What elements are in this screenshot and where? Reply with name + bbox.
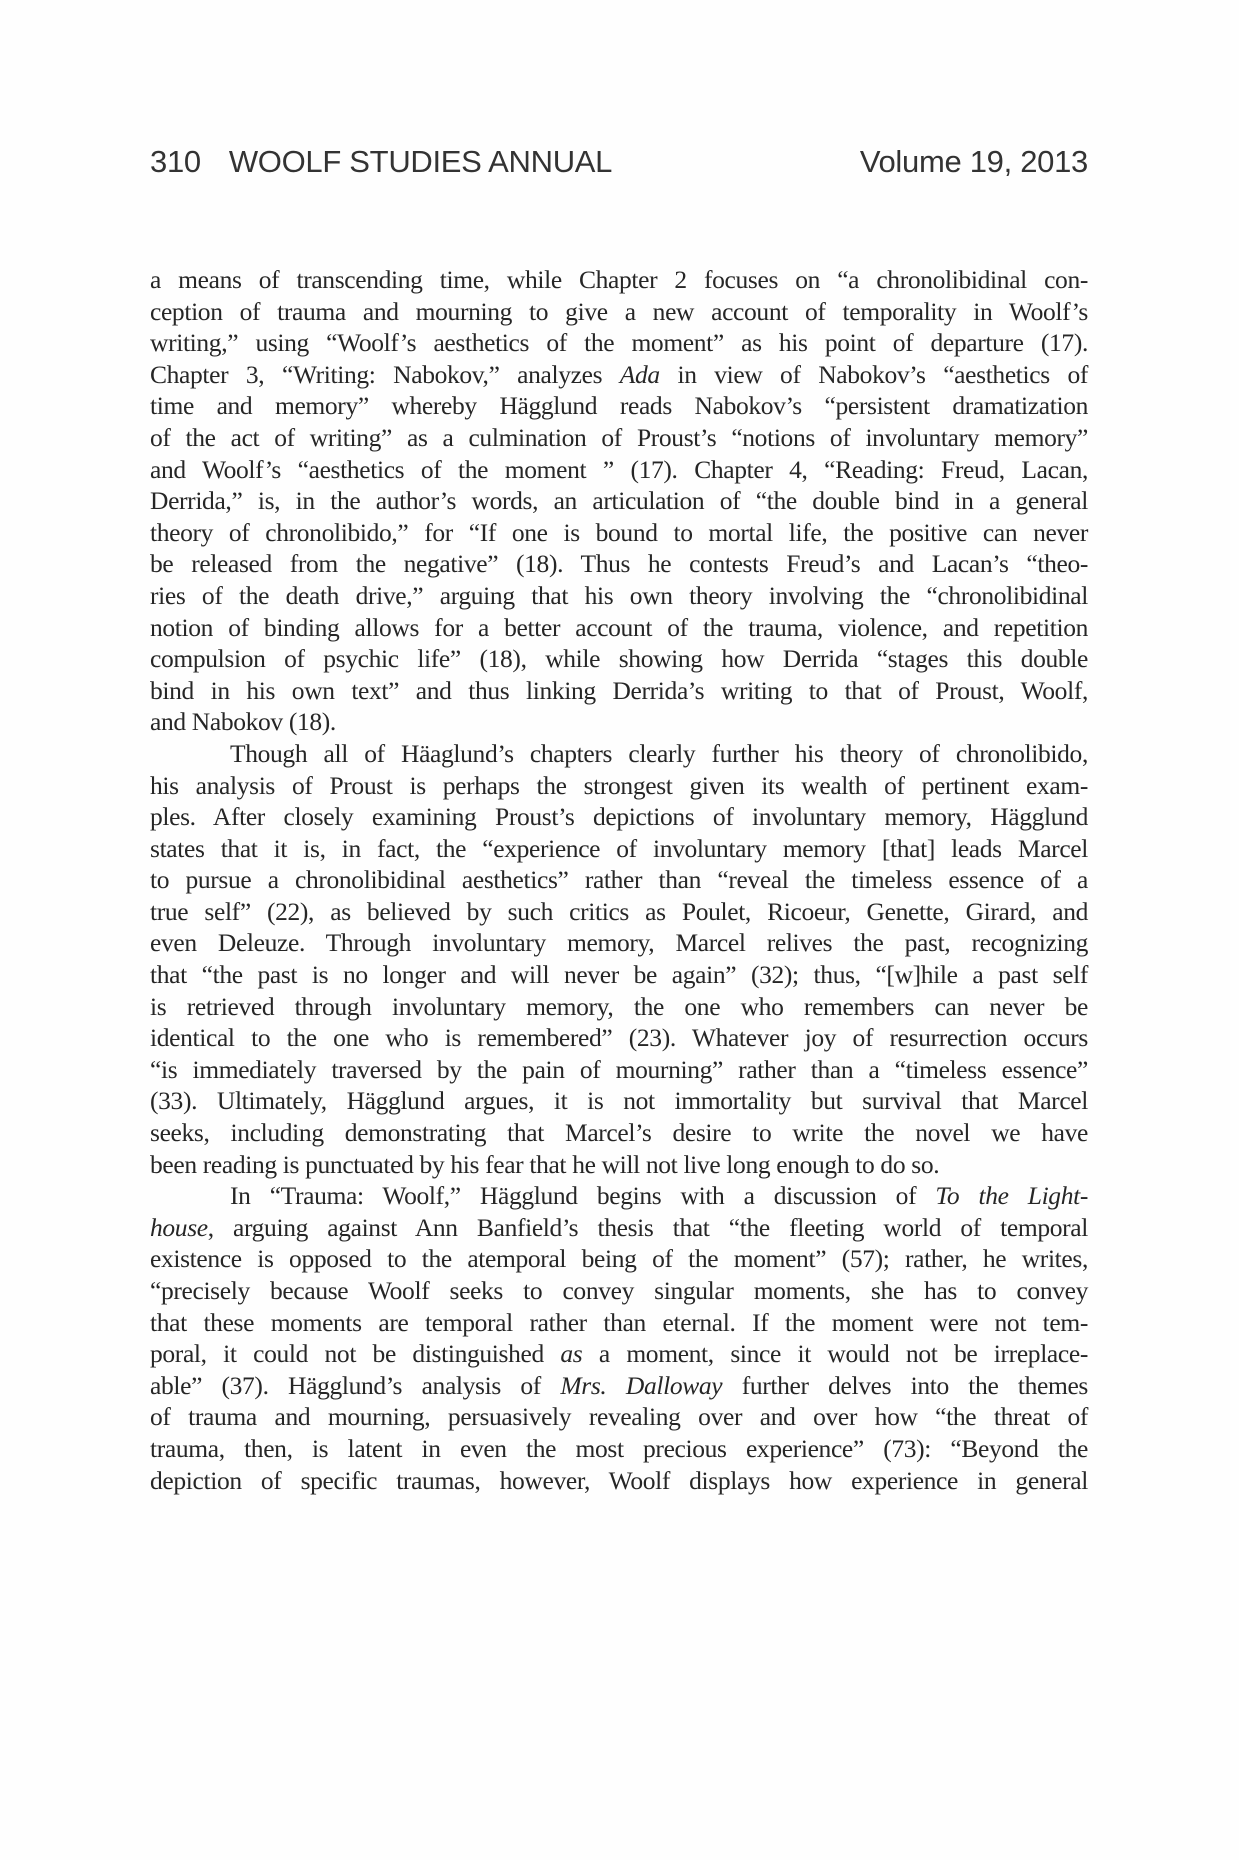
text-run: ception of trauma and mourning to give a… — [150, 297, 1088, 326]
text-run: In “Trauma: Woolf,” Hägglund begins with… — [230, 1181, 935, 1210]
text-line: (33). Ultimately, Hägglund argues, it is… — [150, 1085, 1088, 1117]
text-run: ples. After closely examining Proust’s d… — [150, 802, 1088, 831]
paragraph: In “Trauma: Woolf,” Hägglund begins with… — [150, 1180, 1088, 1496]
text-run: and Woolf’s “aesthetics of the moment ” … — [150, 455, 1088, 484]
paragraph: a means of transcending time, while Chap… — [150, 264, 1088, 738]
text-line: house, arguing against Ann Banfield’s th… — [150, 1212, 1088, 1244]
text-line: able” (37). Hägglund’s analysis of Mrs. … — [150, 1370, 1088, 1402]
text-line: and Woolf’s “aesthetics of the moment ” … — [150, 454, 1088, 486]
journal-title: WOOLF STUDIES ANNUAL — [229, 144, 612, 180]
text-line: that “the past is no longer and will nev… — [150, 959, 1088, 991]
text-line: trauma, then, is latent in even the most… — [150, 1433, 1088, 1465]
text-line: of the act of writing” as a culmination … — [150, 422, 1088, 454]
text-line: bind in his own text” and thus linking D… — [150, 675, 1088, 707]
text-line: writing,” using “Woolf’s aesthetics of t… — [150, 327, 1088, 359]
volume-info: Volume 19, 2013 — [860, 144, 1088, 180]
text-line: In “Trauma: Woolf,” Hägglund begins with… — [150, 1180, 1088, 1212]
text-run: a means of transcending time, while Chap… — [150, 265, 1088, 294]
italic-title: To the Light- — [935, 1181, 1088, 1210]
text-run: “precisely because Woolf seeks to convey… — [150, 1276, 1088, 1305]
text-line: and Nabokov (18). — [150, 706, 1088, 738]
text-run: in view of Nabokov’s “aesthetics of — [660, 360, 1088, 389]
text-run: trauma, then, is latent in even the most… — [150, 1434, 1088, 1463]
text-line: “is immediately traversed by the pain of… — [150, 1054, 1088, 1086]
text-line: existence is opposed to the atemporal be… — [150, 1243, 1088, 1275]
text-line: of trauma and mourning, persuasively rev… — [150, 1401, 1088, 1433]
text-line: to pursue a chronolibidinal aesthetics” … — [150, 864, 1088, 896]
italic-title: house — [150, 1213, 208, 1242]
text-line: been reading is punctuated by his fear t… — [150, 1149, 1088, 1181]
text-line: time and memory” whereby Hägglund reads … — [150, 390, 1088, 422]
text-line: ception of trauma and mourning to give a… — [150, 296, 1088, 328]
text-line: that these moments are temporal rather t… — [150, 1307, 1088, 1339]
text-run: his analysis of Proust is perhaps the st… — [150, 771, 1088, 800]
text-run: Derrida,” is, in the author’s words, an … — [150, 486, 1088, 515]
text-run: existence is opposed to the atemporal be… — [150, 1244, 1088, 1273]
text-line: compulsion of psychic life” (18), while … — [150, 643, 1088, 675]
italic-title: as — [560, 1339, 582, 1368]
text-line: notion of binding allows for a better ac… — [150, 612, 1088, 644]
text-line: ples. After closely examining Proust’s d… — [150, 801, 1088, 833]
text-line: ries of the death drive,” arguing that h… — [150, 580, 1088, 612]
text-run: “is immediately traversed by the pain of… — [150, 1055, 1088, 1084]
text-run: true self” (22), as believed by such cri… — [150, 897, 1088, 926]
text-run: is retrieved through involuntary memory,… — [150, 992, 1088, 1021]
text-line: theory of chronolibido,” for “If one is … — [150, 517, 1088, 549]
body-text: a means of transcending time, while Chap… — [150, 264, 1088, 1496]
text-run: even Deleuze. Through involuntary memory… — [150, 928, 1088, 957]
text-run: been reading is punctuated by his fear t… — [150, 1150, 939, 1179]
text-line: depiction of specific traumas, however, … — [150, 1465, 1088, 1497]
text-line: true self” (22), as believed by such cri… — [150, 896, 1088, 928]
text-run: that “the past is no longer and will nev… — [150, 960, 1088, 989]
text-run: be released from the negative” (18). Thu… — [150, 549, 1088, 578]
text-run: compulsion of psychic life” (18), while … — [150, 644, 1088, 673]
text-line: poral, it could not be distinguished as … — [150, 1338, 1088, 1370]
text-run: bind in his own text” and thus linking D… — [150, 676, 1088, 705]
journal-page: 310WOOLF STUDIES ANNUAL Volume 19, 2013 … — [0, 0, 1239, 1860]
text-line: be released from the negative” (18). Thu… — [150, 548, 1088, 580]
text-line: seeks, including demonstrating that Marc… — [150, 1117, 1088, 1149]
page-number: 310 — [150, 144, 201, 180]
running-head-left: 310WOOLF STUDIES ANNUAL — [150, 144, 612, 180]
text-run: Though all of Häaglund’s chapters clearl… — [230, 739, 1088, 768]
paragraph: Though all of Häaglund’s chapters clearl… — [150, 738, 1088, 1180]
text-run: that these moments are temporal rather t… — [150, 1308, 1088, 1337]
text-line: even Deleuze. Through involuntary memory… — [150, 927, 1088, 959]
italic-title: Ada — [620, 360, 660, 389]
text-run: , arguing against Ann Banfield’s thesis … — [208, 1213, 1088, 1242]
text-run: of trauma and mourning, persuasively rev… — [150, 1402, 1088, 1431]
text-line: “precisely because Woolf seeks to convey… — [150, 1275, 1088, 1307]
text-run: time and memory” whereby Hägglund reads … — [150, 391, 1088, 420]
text-line: Chapter 3, “Writing: Nabokov,” analyzes … — [150, 359, 1088, 391]
text-run: depiction of specific traumas, however, … — [150, 1466, 1088, 1495]
text-run: of the act of writing” as a culmination … — [150, 423, 1088, 452]
text-run: a moment, since it would not be irreplac… — [582, 1339, 1088, 1368]
italic-title: Mrs. Dalloway — [560, 1371, 722, 1400]
text-run: to pursue a chronolibidinal aesthetics” … — [150, 865, 1088, 894]
text-line: identical to the one who is remembered” … — [150, 1022, 1088, 1054]
text-run: and Nabokov (18). — [150, 707, 336, 736]
text-run: theory of chronolibido,” for “If one is … — [150, 518, 1088, 547]
text-run: states that it is, in fact, the “experie… — [150, 834, 1088, 863]
text-run: writing,” using “Woolf’s aesthetics of t… — [150, 328, 1088, 357]
text-line: Derrida,” is, in the author’s words, an … — [150, 485, 1088, 517]
text-run: notion of binding allows for a better ac… — [150, 613, 1088, 642]
text-run: identical to the one who is remembered” … — [150, 1023, 1088, 1052]
text-run: poral, it could not be distinguished — [150, 1339, 560, 1368]
text-line: Though all of Häaglund’s chapters clearl… — [150, 738, 1088, 770]
text-run: seeks, including demonstrating that Marc… — [150, 1118, 1088, 1147]
text-run: ries of the death drive,” arguing that h… — [150, 581, 1088, 610]
text-line: states that it is, in fact, the “experie… — [150, 833, 1088, 865]
text-run: Chapter 3, “Writing: Nabokov,” analyzes — [150, 360, 620, 389]
running-head: 310WOOLF STUDIES ANNUAL Volume 19, 2013 — [150, 142, 1088, 182]
text-line: a means of transcending time, while Chap… — [150, 264, 1088, 296]
text-line: is retrieved through involuntary memory,… — [150, 991, 1088, 1023]
text-run: (33). Ultimately, Hägglund argues, it is… — [150, 1086, 1088, 1115]
text-run: able” (37). Hägglund’s analysis of — [150, 1371, 560, 1400]
text-line: his analysis of Proust is perhaps the st… — [150, 770, 1088, 802]
text-run: further delves into the themes — [722, 1371, 1088, 1400]
